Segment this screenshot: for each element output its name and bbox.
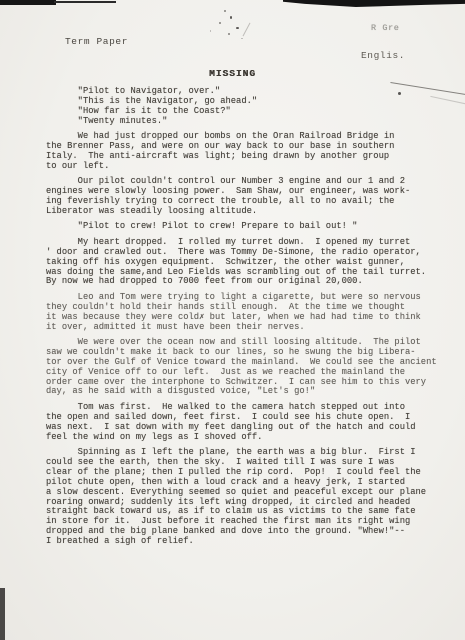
paragraph-engine-trouble: Our pilot couldn't control our Number 3 …	[46, 177, 456, 217]
scan-artifact-bottom-left-bar	[0, 588, 5, 640]
document-title: MISSING	[0, 68, 465, 79]
scan-artifact-top-left-line	[54, 1, 116, 3]
document-body: "Pilot to Navigator, over." "This is the…	[46, 87, 456, 547]
ink-speck	[230, 16, 232, 19]
ink-speck	[241, 38, 243, 39]
ink-speck	[219, 22, 221, 24]
scan-artifact-top-left-bar	[0, 0, 56, 5]
paragraph-over-ocean: We were over the ocean now and still loo…	[46, 338, 456, 397]
scan-artifact-top-right-streak	[283, 0, 465, 7]
header-term-paper-label: Term Paper	[65, 36, 128, 47]
paragraph-tom-first: Tom was first. He walked to the camera h…	[46, 403, 456, 443]
header-author-name: R Gre	[371, 23, 400, 33]
paragraph-crawl-out: My heart dropped. I rolled my turret dow…	[46, 238, 456, 288]
scratch-mark	[243, 23, 251, 37]
ink-speck	[210, 30, 211, 32]
paragraph-cigarette: Leo and Tom were trying to light a cigar…	[46, 293, 456, 333]
header-class-label: Englis.	[361, 50, 405, 61]
scanned-term-paper-page: Term Paper R Gre Englis. MISSING "Pilot …	[0, 0, 465, 640]
ink-speck	[228, 33, 230, 35]
paragraph-bomb-run: We had just dropped our bombs on the Ora…	[46, 132, 456, 172]
paragraph-spinning: Spinning as I left the plane, the earth …	[46, 448, 456, 547]
dialogue-bail-out: "Pilot to crew! Pilot to crew! Prepare t…	[46, 222, 456, 232]
dialogue-opening: "Pilot to Navigator, over." "This is the…	[46, 87, 456, 127]
ink-speck	[236, 27, 239, 29]
ink-speck	[224, 10, 226, 12]
